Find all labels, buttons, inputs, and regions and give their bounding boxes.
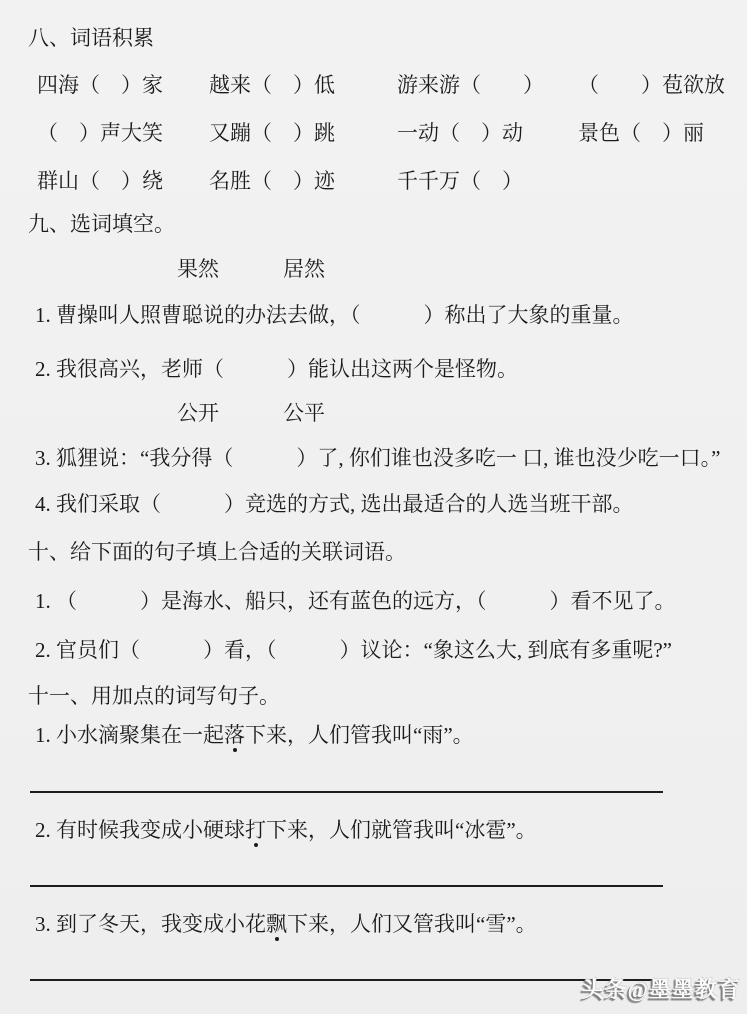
word-bank-option: 公平 <box>283 401 325 425</box>
fill-blank-sentence: 4. 我们采取（ ）竞选的方式, 选出最适合的人选当班干部。 <box>35 492 634 516</box>
sentence-post: 下来，人们管我叫“雨”。 <box>245 723 474 747</box>
sentence-pre: 3. 到了冬天，我变成小花 <box>35 912 266 936</box>
fill-blank-sentence: 2. 官员们（ ）看，（ ）议论：“象这么大, 到底有多重呢?” <box>35 638 672 662</box>
word-bank-option: 居然 <box>283 257 325 281</box>
fill-blank-sentence: 3. 狐狸说：“我分得（ ）了, 你们谁也没多吃一 口, 谁也没少吃一口。” <box>35 446 720 470</box>
fill-blank-sentence: 1. （ ）是海水、船只，还有蓝色的远方，（ ）看不见了。 <box>35 589 676 613</box>
example-sentence: 1. 小水滴聚集在一起落下来，人们管我叫“雨”。 <box>35 723 474 747</box>
answer-line <box>30 979 663 981</box>
answer-line <box>30 885 663 887</box>
dotted-word: 落 <box>224 723 245 747</box>
word-bank-option: 果然 <box>177 257 219 281</box>
word-blank: 游来游（ ） <box>397 73 544 97</box>
word-blank: 千千万（ ） <box>397 169 523 193</box>
word-blank: 又蹦（ ）跳 <box>209 121 335 145</box>
word-blank: （ ）声大笑 <box>37 121 163 145</box>
word-blank: 越来（ ）低 <box>209 73 335 97</box>
section11-title: 十一、用加点的词写句子。 <box>28 684 280 708</box>
fill-blank-sentence: 1. 曹操叫人照曹聪说的办法去做，（ ）称出了大象的重量。 <box>35 303 634 327</box>
example-sentence: 2. 有时候我变成小硬球打下来，人们就管我叫“冰雹”。 <box>35 818 537 842</box>
section9-title: 九、选词填空。 <box>28 212 175 236</box>
word-blank: （ ）苞欲放 <box>578 73 725 97</box>
example-sentence: 3. 到了冬天，我变成小花飘下来，人们又管我叫“雪”。 <box>35 912 537 936</box>
answer-line <box>30 791 663 793</box>
watermark: 头条@墨墨教育 <box>582 973 741 1004</box>
sentence-pre: 2. 有时候我变成小硬球 <box>35 818 245 842</box>
sentence-post: 下来，人们又管我叫“雪”。 <box>287 912 537 936</box>
dotted-word: 打 <box>245 818 266 842</box>
word-blank: 四海（ ）家 <box>37 73 163 97</box>
word-blank: 群山（ ）绕 <box>37 169 163 193</box>
worksheet-page: 八、词语积累 四海（ ）家 越来（ ）低 游来游（ ） （ ）苞欲放 （ ）声大… <box>0 0 747 1014</box>
word-blank: 一动（ ）动 <box>397 121 523 145</box>
word-blank: 景色（ ）丽 <box>578 121 704 145</box>
section8-title: 八、词语积累 <box>28 26 154 50</box>
word-blank: 名胜（ ）迹 <box>209 169 335 193</box>
dotted-word: 飘 <box>266 912 287 936</box>
fill-blank-sentence: 2. 我很高兴，老师（ ）能认出这两个是怪物。 <box>35 357 518 381</box>
sentence-post: 下来，人们就管我叫“冰雹”。 <box>266 818 537 842</box>
word-bank-option: 公开 <box>177 401 219 425</box>
section10-title: 十、给下面的句子填上合适的关联词语。 <box>28 540 406 564</box>
sentence-pre: 1. 小水滴聚集在一起 <box>35 723 224 747</box>
